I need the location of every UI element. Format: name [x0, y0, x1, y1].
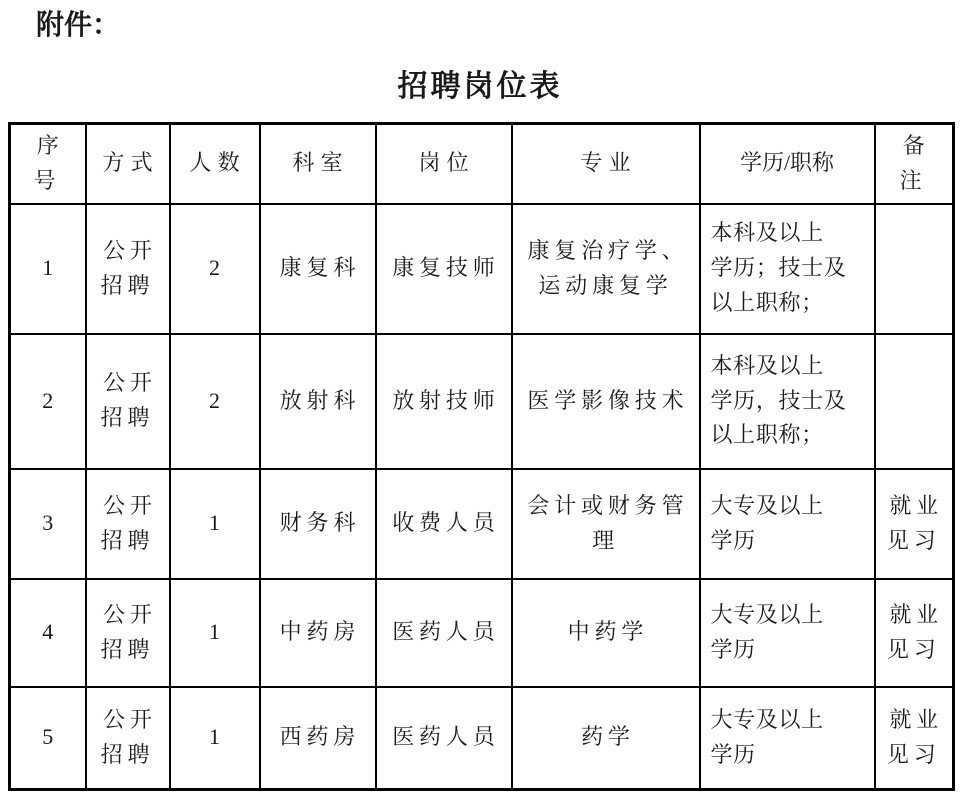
column-header-count: 人数 [170, 124, 260, 204]
table-cell: 康复治疗学、 运动康复学 [512, 204, 700, 334]
table-cell: 1 [10, 204, 86, 334]
table-cell [875, 334, 954, 469]
table-cell: 放射科 [260, 334, 376, 469]
table-cell: 1 [170, 579, 260, 687]
table-cell: 公开 招聘 [86, 687, 170, 790]
table-cell: 康复科 [260, 204, 376, 334]
table-cell: 医药人员 [376, 579, 512, 687]
column-header-department: 科室 [260, 124, 376, 204]
table-cell: 2 [170, 204, 260, 334]
column-header-seq: 序号 [10, 124, 86, 204]
column-header-remarks: 备注 [875, 124, 954, 204]
table-cell: 1 [170, 469, 260, 579]
table-row: 3 公开 招聘 1 财务科 收费人员 会计或财务管 理 大专及以上 学历 就业 … [10, 469, 954, 579]
header-row: 序号 方式 人数 科室 岗位 专业 学历/职称 备注 [10, 124, 954, 204]
recruitment-table: 序号 方式 人数 科室 岗位 专业 学历/职称 备注 1 公开 招聘 2 康复科… [8, 122, 955, 791]
table-row: 1 公开 招聘 2 康复科 康复技师 康复治疗学、 运动康复学 本科及以上 学历… [10, 204, 954, 334]
table-row: 4 公开 招聘 1 中药房 医药人员 中药学 大专及以上 学历 就业 见习 [10, 579, 954, 687]
table-cell: 5 [10, 687, 86, 790]
table-cell: 医学影像技术 [512, 334, 700, 469]
table-cell [875, 204, 954, 334]
table-cell: 大专及以上 学历 [700, 469, 875, 579]
table-cell: 大专及以上 学历 [700, 687, 875, 790]
table-cell: 西药房 [260, 687, 376, 790]
table-cell: 医药人员 [376, 687, 512, 790]
table-cell: 药学 [512, 687, 700, 790]
table-cell: 4 [10, 579, 86, 687]
table-cell: 2 [170, 334, 260, 469]
table-cell: 3 [10, 469, 86, 579]
table-cell: 公开 招聘 [86, 579, 170, 687]
table-cell: 中药学 [512, 579, 700, 687]
attachment-label: 附件： [36, 8, 960, 43]
column-header-method: 方式 [86, 124, 170, 204]
column-header-education: 学历/职称 [700, 124, 875, 204]
table-cell: 中药房 [260, 579, 376, 687]
table-cell: 本科及以上 学历；技士及 以上职称； [700, 204, 875, 334]
table-cell: 就业 见习 [875, 579, 954, 687]
table-cell: 康复技师 [376, 204, 512, 334]
table-cell: 公开 招聘 [86, 204, 170, 334]
table-cell: 收费人员 [376, 469, 512, 579]
table-cell: 公开 招聘 [86, 334, 170, 469]
table-row: 2 公开 招聘 2 放射科 放射技师 医学影像技术 本科及以上 学历，技士及 以… [10, 334, 954, 469]
document-page: 附件： 招聘岗位表 序号 方式 人数 科室 岗位 专业 学历/职称 备注 1 公… [0, 8, 960, 792]
table-cell: 会计或财务管 理 [512, 469, 700, 579]
table-cell: 本科及以上 学历，技士及 以上职称； [700, 334, 875, 469]
table-cell: 公开 招聘 [86, 469, 170, 579]
table-cell: 1 [170, 687, 260, 790]
table-cell: 财务科 [260, 469, 376, 579]
table-cell: 就业 见习 [875, 469, 954, 579]
table-cell: 大专及以上 学历 [700, 579, 875, 687]
page-title: 招聘岗位表 [0, 69, 960, 105]
table-cell: 放射技师 [376, 334, 512, 469]
table-row: 5 公开 招聘 1 西药房 医药人员 药学 大专及以上 学历 就业 见习 [10, 687, 954, 790]
table-cell: 2 [10, 334, 86, 469]
table-cell: 就业 见习 [875, 687, 954, 790]
column-header-major: 专业 [512, 124, 700, 204]
column-header-position: 岗位 [376, 124, 512, 204]
